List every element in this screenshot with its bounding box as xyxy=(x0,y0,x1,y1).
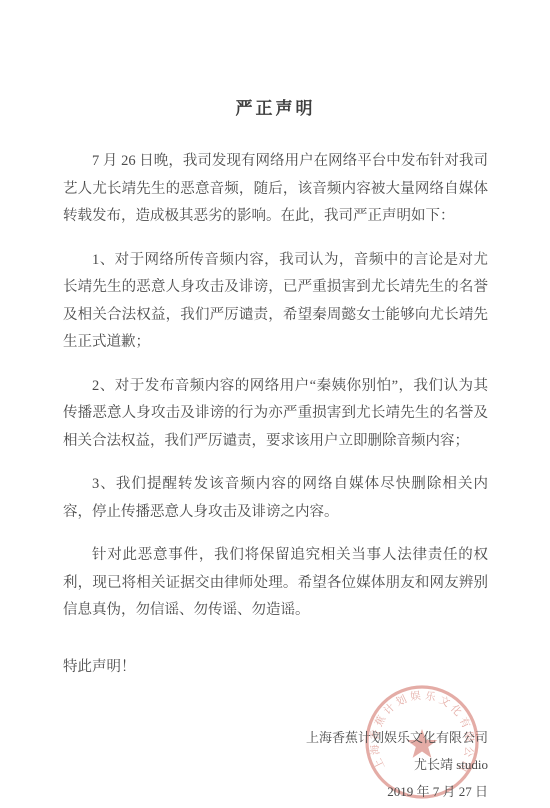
document-title: 严正声明 xyxy=(63,96,488,122)
paragraph-item-2: 2、对于发布音频内容的网络用户“秦姨你别怕”，我们认为其传播恶意人身攻击及诽谤的… xyxy=(63,373,488,456)
paragraph-item-1: 1、对于网络所传音频内容，我司认为，音频中的言论是对尤长靖先生的恶意人身攻击及诽… xyxy=(63,247,488,357)
closing-statement: 特此声明！ xyxy=(63,654,488,682)
company-name: 上海香蕉计划娱乐文化有限公司 xyxy=(63,724,488,751)
statement-date: 2019 年 7 月 27 日 xyxy=(63,778,488,805)
paragraph-legal-notice: 针对此恶意事件，我们将保留追究相关当事人法律责任的权利，现已将相关证据交由律师处… xyxy=(63,542,488,625)
studio-name: 尤长靖 studio xyxy=(63,751,488,778)
signature-block: 上海香蕉计划娱乐文化有限公司 尤长靖 studio 2019 年 7 月 27 … xyxy=(63,724,488,805)
document-content: 严正声明 7 月 26 日晚，我司发现有网络用户在网络平台中发布针对我司艺人尤长… xyxy=(63,96,488,805)
paragraph-item-3: 3、我们提醒转发该音频内容的网络自媒体尽快删除相关内容，停止传播恶意人身攻击及诽… xyxy=(63,471,488,526)
paragraph-intro: 7 月 26 日晚，我司发现有网络用户在网络平台中发布针对我司艺人尤长靖先生的恶… xyxy=(63,148,488,231)
scanned-statement-page: 严正声明 7 月 26 日晚，我司发现有网络用户在网络平台中发布针对我司艺人尤长… xyxy=(0,0,550,808)
